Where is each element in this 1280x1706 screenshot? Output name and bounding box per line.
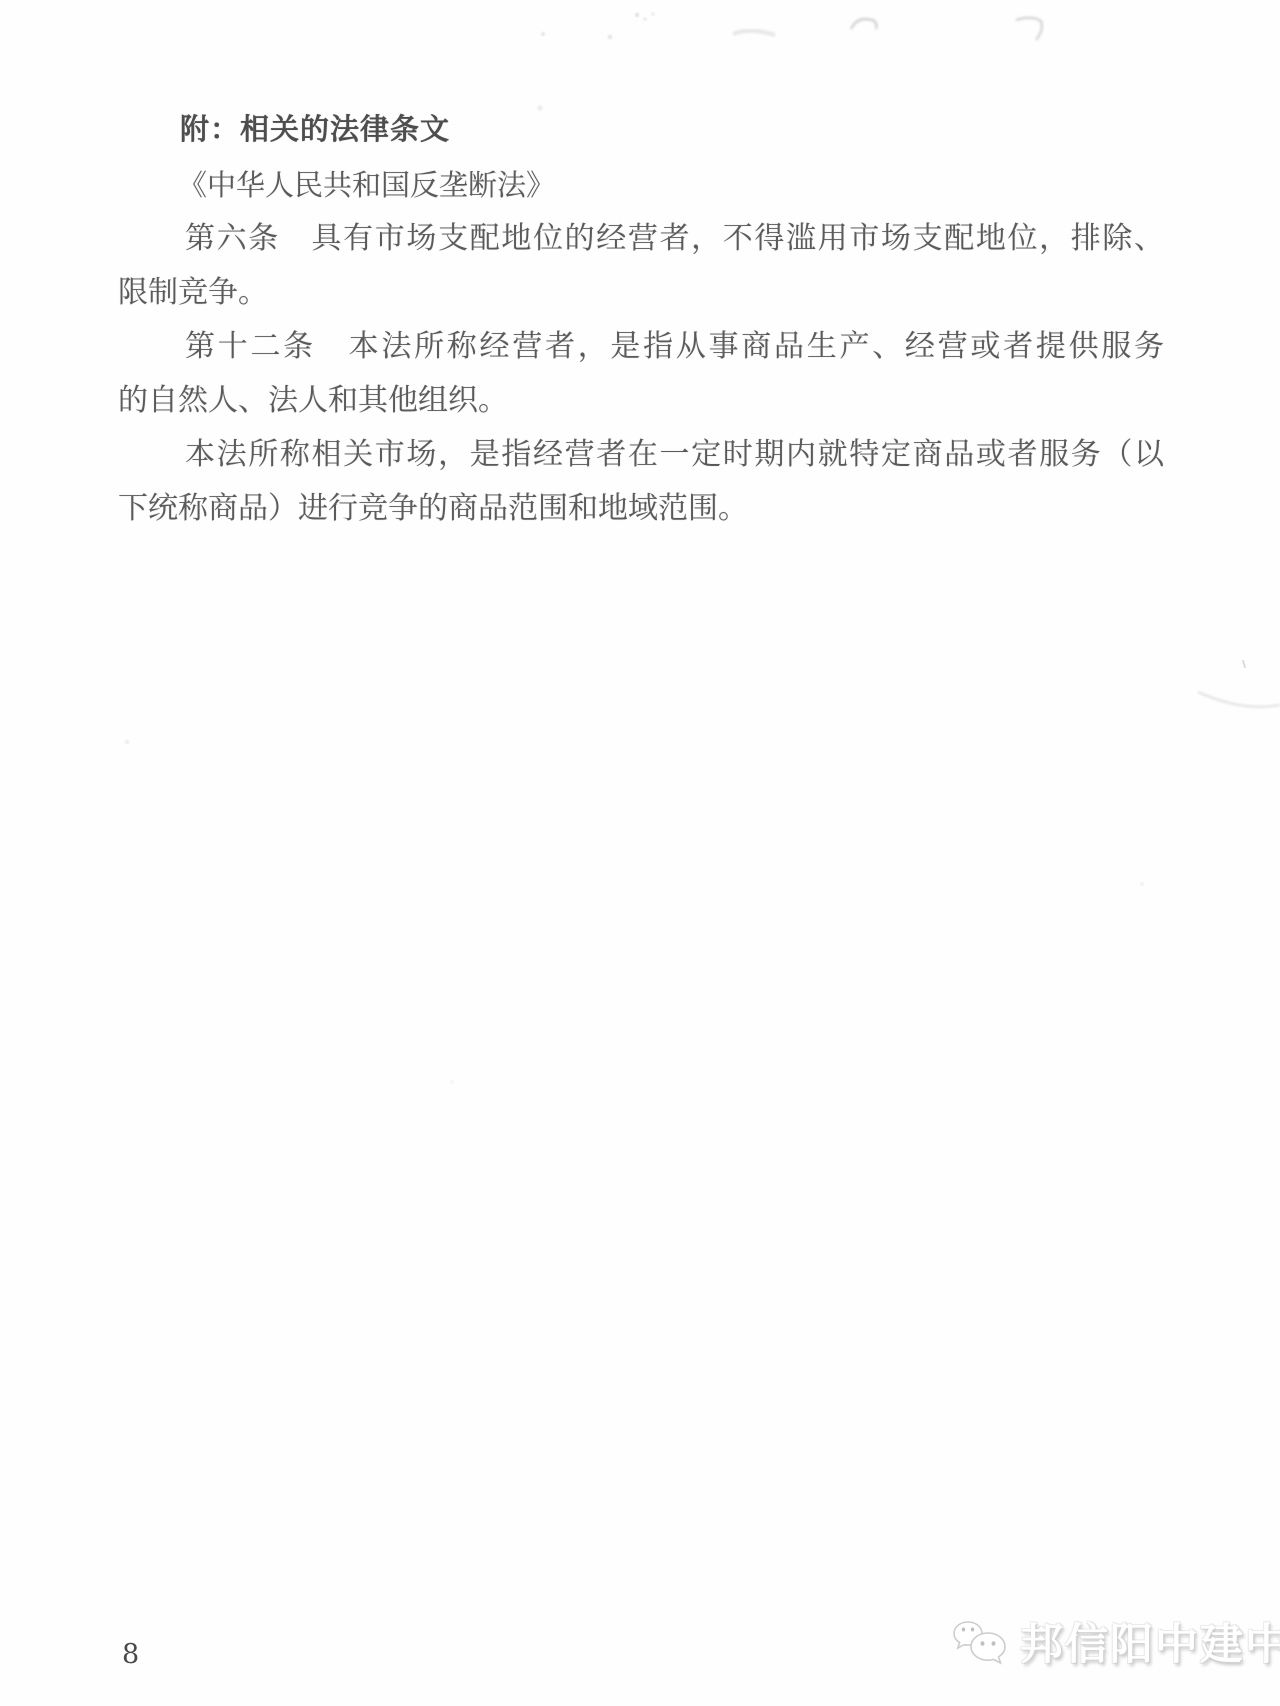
- paragraph-line: 本法所称相关市场，是指经营者在一定时期内就特定商品或者服务（以: [118, 428, 1164, 482]
- relevant-market-paragraph: 本法所称相关市场，是指经营者在一定时期内就特定商品或者服务（以 下统称商品）进行…: [118, 428, 1164, 536]
- law-firm-name: 邦信阳中建中汇: [1020, 1617, 1280, 1673]
- article-6-paragraph: 第六条 具有市场支配地位的经营者，不得滥用市场支配地位，排除、 限制竞争。: [118, 212, 1164, 320]
- paragraph-line: 下统称商品）进行竞争的商品范围和地域范围。: [118, 482, 1164, 536]
- wechat-chat-bubbles-icon: [950, 1616, 1012, 1674]
- attachment-heading: 附：相关的法律条文: [118, 104, 1164, 158]
- paragraph-line: 的自然人、法人和其他组织。: [118, 374, 1164, 428]
- page-number: 8: [122, 1638, 139, 1672]
- law-title: 《中华人民共和国反垄断法》: [118, 158, 1164, 212]
- article-12-paragraph: 第十二条 本法所称经营者，是指从事商品生产、经营或者提供服务 的自然人、法人和其…: [118, 320, 1164, 428]
- scanned-document-page: 附：相关的法律条文 《中华人民共和国反垄断法》 第六条 具有市场支配地位的经营者…: [0, 0, 1280, 1706]
- paragraph-line: 限制竞争。: [118, 266, 1164, 320]
- paragraph-line: 第六条 具有市场支配地位的经营者，不得滥用市场支配地位，排除、: [118, 212, 1164, 266]
- document-body: 附：相关的法律条文 《中华人民共和国反垄断法》 第六条 具有市场支配地位的经营者…: [118, 104, 1164, 536]
- law-firm-watermark: 邦信阳中建中汇: [950, 1616, 1280, 1674]
- paragraph-line: 第十二条 本法所称经营者，是指从事商品生产、经营或者提供服务: [118, 320, 1164, 374]
